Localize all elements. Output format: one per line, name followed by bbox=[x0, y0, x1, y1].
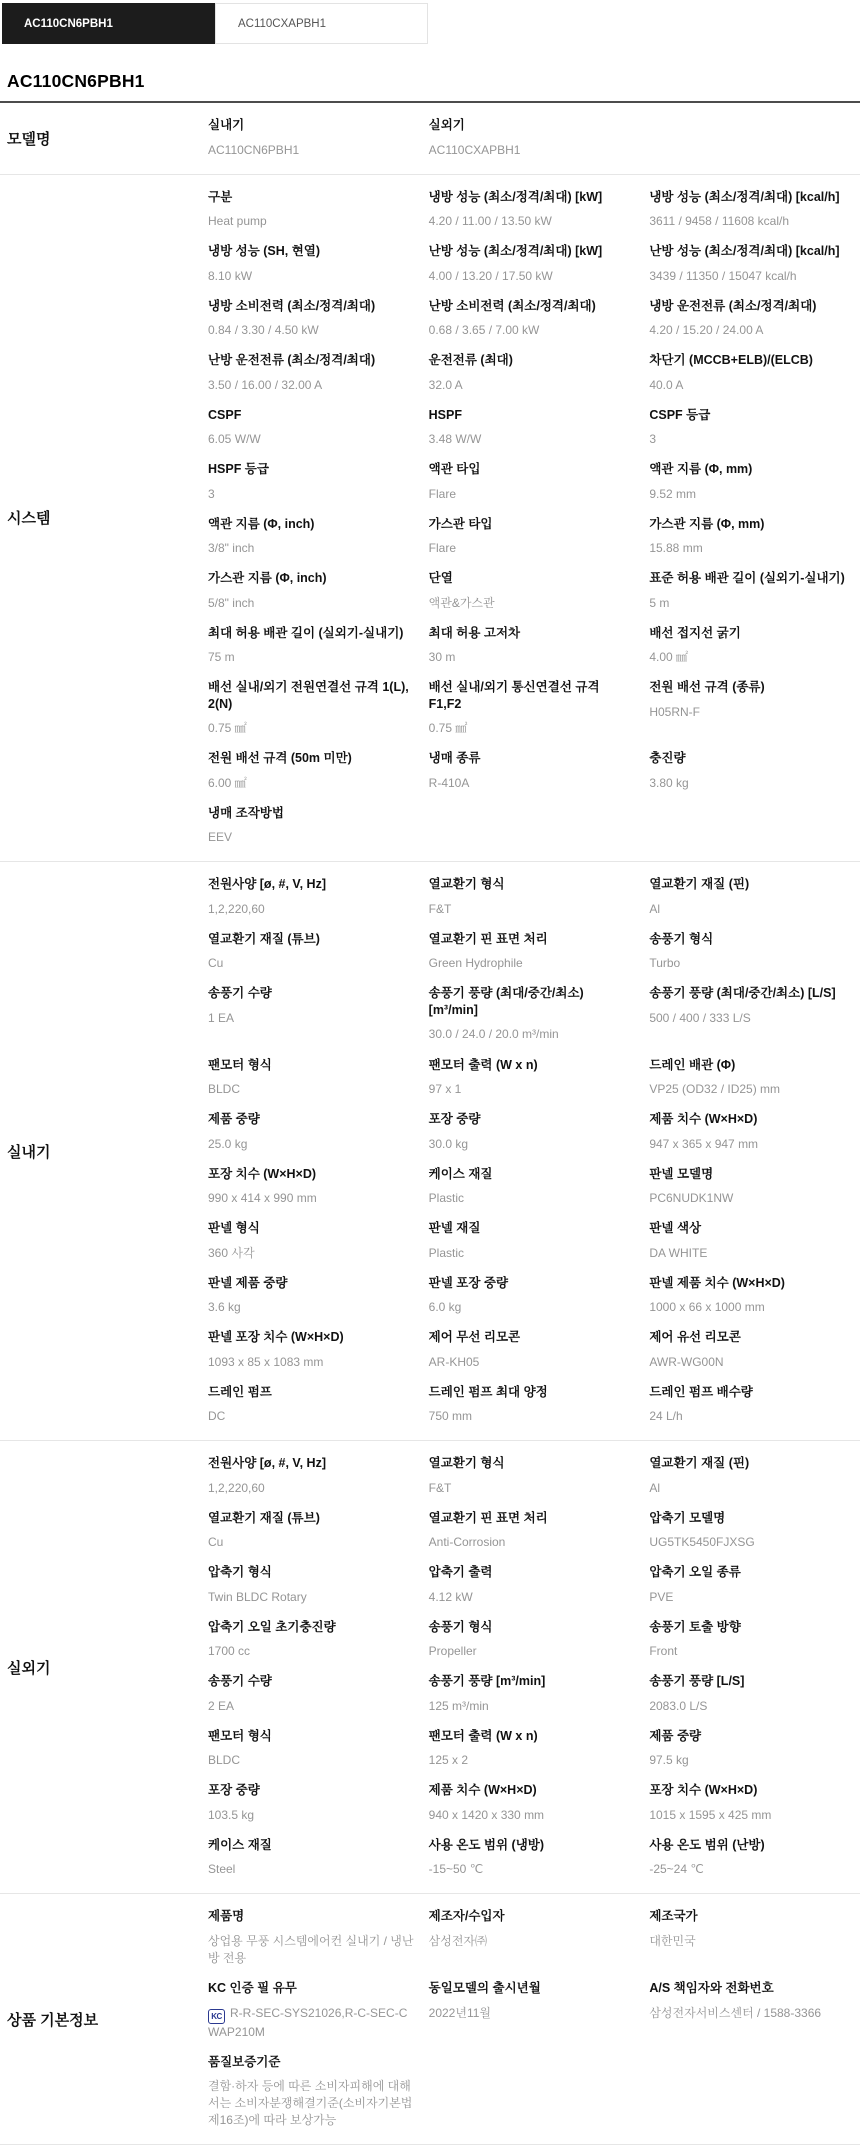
spec-page: AC110CN6PBH1 AC110CXAPBH1 AC110CN6PBH1 모… bbox=[0, 0, 860, 2145]
spec-item-value: 3439 / 11350 / 15047 kcal/h bbox=[649, 268, 856, 285]
spec-item: 팬모터 형식BLDC bbox=[208, 1728, 415, 1770]
spec-item-value: UG5TK5450FJXSG bbox=[649, 1534, 856, 1551]
spec-item-label: 동일모델의 출시년월 bbox=[429, 1980, 636, 1997]
spec-item: 판넬 제품 중량3.6 kg bbox=[208, 1275, 415, 1317]
spec-section: 모델명실내기AC110CN6PBH1실외기AC110CXAPBH1 bbox=[0, 103, 860, 175]
spec-item-value: 15.88 mm bbox=[649, 540, 856, 557]
spec-item: KC 인증 필 유무KCR-R-SEC-SYS21026,R-C-SEC-CWA… bbox=[208, 1980, 415, 2041]
spec-item-label: 압축기 오일 종류 bbox=[649, 1564, 856, 1581]
spec-item-label: 판넬 모델명 bbox=[649, 1166, 856, 1183]
spec-item: 송풍기 풍량 (최대/중간/최소) [L/S]500 / 400 / 333 L… bbox=[649, 985, 856, 1043]
spec-item: CSPF 등급3 bbox=[649, 407, 856, 449]
spec-item-value: 4.00 ㎟ bbox=[649, 649, 856, 666]
spec-item-value: 3.6 kg bbox=[208, 1299, 415, 1316]
spec-item: 구분Heat pump bbox=[208, 189, 415, 231]
spec-item-label: 냉매 종류 bbox=[429, 750, 636, 767]
spec-item-label: 가스관 지름 (Φ, inch) bbox=[208, 570, 415, 587]
spec-item: 열교환기 재질 (핀)Al bbox=[649, 1455, 856, 1497]
spec-item-label: 포장 치수 (W×H×D) bbox=[208, 1166, 415, 1183]
spec-item-label: 드레인 펌프 bbox=[208, 1384, 415, 1401]
spec-item: 냉매 조작방법EEV bbox=[208, 805, 415, 847]
spec-item: 냉방 운전전류 (최소/정격/최대)4.20 / 15.20 / 24.00 A bbox=[649, 298, 856, 340]
spec-item-value: 5/8" inch bbox=[208, 595, 415, 612]
spec-item-label: 판넬 포장 치수 (W×H×D) bbox=[208, 1329, 415, 1346]
spec-item: 전원사양 [ø, #, V, Hz]1,2,220,60 bbox=[208, 876, 415, 918]
spec-item-label: 팬모터 출력 (W x n) bbox=[429, 1057, 636, 1074]
spec-item: 가스관 지름 (Φ, inch)5/8" inch bbox=[208, 570, 415, 612]
spec-item-label: 제품 치수 (W×H×D) bbox=[429, 1782, 636, 1799]
spec-item: A/S 책임자와 전화번호삼성전자서비스센터 / 1588-3366 bbox=[649, 1980, 856, 2041]
spec-item-value: 6.00 ㎟ bbox=[208, 775, 415, 792]
spec-item-value: 삼성전자㈜ bbox=[429, 1933, 636, 1950]
spec-item-value: 990 x 414 x 990 mm bbox=[208, 1190, 415, 1207]
spec-item: 열교환기 형식F&T bbox=[429, 1455, 636, 1497]
spec-item-label: 열교환기 형식 bbox=[429, 1455, 636, 1472]
spec-item-value: 1015 x 1595 x 425 mm bbox=[649, 1807, 856, 1824]
spec-item: 충진량3.80 kg bbox=[649, 750, 856, 792]
spec-item: 액관 타입Flare bbox=[429, 461, 636, 503]
spec-item: 운전전류 (최대)32.0 A bbox=[429, 352, 636, 394]
spec-item: 동일모델의 출시년월2022년11월 bbox=[429, 1980, 636, 2041]
spec-item-label: 제어 유선 리모콘 bbox=[649, 1329, 856, 1346]
spec-item-value: Al bbox=[649, 1480, 856, 1497]
spec-item: 냉방 성능 (최소/정격/최대) [kW]4.20 / 11.00 / 13.5… bbox=[429, 189, 636, 231]
spec-item-value: 3 bbox=[649, 431, 856, 448]
spec-item: 전원사양 [ø, #, V, Hz]1,2,220,60 bbox=[208, 1455, 415, 1497]
spec-item: 송풍기 수량1 EA bbox=[208, 985, 415, 1043]
spec-item-value: BLDC bbox=[208, 1752, 415, 1769]
spec-item-label: 드레인 펌프 배수량 bbox=[649, 1384, 856, 1401]
spec-item-label: 냉방 성능 (최소/정격/최대) [kcal/h] bbox=[649, 189, 856, 206]
spec-item-label: 송풍기 형식 bbox=[649, 931, 856, 948]
spec-item-value: Twin BLDC Rotary bbox=[208, 1589, 415, 1606]
spec-item-value: 30.0 / 24.0 / 20.0 m³/min bbox=[429, 1026, 636, 1043]
spec-item: 가스관 지름 (Φ, mm)15.88 mm bbox=[649, 516, 856, 558]
spec-item-label: 송풍기 풍량 [L/S] bbox=[649, 1673, 856, 1690]
spec-item-label: 사용 온도 범위 (난방) bbox=[649, 1837, 856, 1854]
spec-item-label: 난방 운전전류 (최소/정격/최대) bbox=[208, 352, 415, 369]
spec-item-value: 8.10 kW bbox=[208, 268, 415, 285]
spec-item: 드레인 펌프 배수량24 L/h bbox=[649, 1384, 856, 1426]
spec-item-label: 제어 무선 리모콘 bbox=[429, 1329, 636, 1346]
spec-item-label: 난방 성능 (최소/정격/최대) [kcal/h] bbox=[649, 243, 856, 260]
spec-item: 사용 온도 범위 (난방)-25~24 ℃ bbox=[649, 1837, 856, 1879]
spec-item-label: 냉방 성능 (최소/정격/최대) [kW] bbox=[429, 189, 636, 206]
spec-item: 송풍기 풍량 [L/S]2083.0 L/S bbox=[649, 1673, 856, 1715]
spec-item-value: EEV bbox=[208, 829, 415, 846]
spec-item-value: 결함·하자 등에 따른 소비자피해에 대해서는 소비자분쟁해결기준(소비자기본법… bbox=[208, 2078, 415, 2129]
spec-item-label: 전원 배선 규격 (50m 미만) bbox=[208, 750, 415, 767]
spec-item-label: 액관 지름 (Φ, mm) bbox=[649, 461, 856, 478]
spec-item-label: 차단기 (MCCB+ELB)/(ELCB) bbox=[649, 352, 856, 369]
spec-item: 포장 중량30.0 kg bbox=[429, 1111, 636, 1153]
spec-item: 냉매 종류R-410A bbox=[429, 750, 636, 792]
spec-item-value: R-410A bbox=[429, 775, 636, 792]
spec-item-value: DC bbox=[208, 1408, 415, 1425]
spec-item-label: HSPF bbox=[429, 407, 636, 424]
spec-item: 배선 실내/외기 전원연결선 규격 1(L), 2(N)0.75 ㎟ bbox=[208, 679, 415, 737]
spec-item: 판넬 형식360 사각 bbox=[208, 1220, 415, 1262]
spec-item-label: 난방 성능 (최소/정격/최대) [kW] bbox=[429, 243, 636, 260]
spec-item: 제품 치수 (W×H×D)947 x 365 x 947 mm bbox=[649, 1111, 856, 1153]
spec-item: 열교환기 핀 표면 처리Anti-Corrosion bbox=[429, 1510, 636, 1552]
spec-item-label: 전원 배선 규격 (종류) bbox=[649, 679, 856, 696]
spec-item-value: Anti-Corrosion bbox=[429, 1534, 636, 1551]
spec-table: 모델명실내기AC110CN6PBH1실외기AC110CXAPBH1시스템구분He… bbox=[0, 103, 860, 2145]
spec-item-label: 드레인 펌프 최대 양정 bbox=[429, 1384, 636, 1401]
spec-item: 난방 성능 (최소/정격/최대) [kcal/h]3439 / 11350 / … bbox=[649, 243, 856, 285]
spec-item: 품질보증기준결함·하자 등에 따른 소비자피해에 대해서는 소비자분쟁해결기준(… bbox=[208, 2054, 415, 2130]
spec-item-value: 30 m bbox=[429, 649, 636, 666]
spec-item-label: 가스관 타입 bbox=[429, 516, 636, 533]
spec-item: 가스관 타입Flare bbox=[429, 516, 636, 558]
spec-item-label: 실외기 bbox=[429, 117, 636, 134]
spec-item-label: 제품명 bbox=[208, 1908, 415, 1925]
spec-item-value: 1 EA bbox=[208, 1010, 415, 1027]
spec-item-label: 제품 중량 bbox=[649, 1728, 856, 1745]
spec-item-value: 125 m³/min bbox=[429, 1698, 636, 1715]
spec-item: 팬모터 출력 (W x n)125 x 2 bbox=[429, 1728, 636, 1770]
spec-item-label: 팬모터 형식 bbox=[208, 1728, 415, 1745]
spec-item: 판넬 포장 치수 (W×H×D)1093 x 85 x 1083 mm bbox=[208, 1329, 415, 1371]
spec-item-label: 팬모터 형식 bbox=[208, 1057, 415, 1074]
spec-item-value: Heat pump bbox=[208, 213, 415, 230]
spec-item: 제어 무선 리모콘AR-KH05 bbox=[429, 1329, 636, 1371]
section-grid: 구분Heat pump냉방 성능 (최소/정격/최대) [kW]4.20 / 1… bbox=[208, 189, 860, 860]
spec-item-value: Front bbox=[649, 1643, 856, 1660]
spec-item-value: PC6NUDK1NW bbox=[649, 1190, 856, 1207]
spec-item-value: 103.5 kg bbox=[208, 1807, 415, 1824]
spec-item-value: KCR-R-SEC-SYS21026,R-C-SEC-CWAP210M bbox=[208, 2005, 415, 2041]
spec-item-label: 배선 실내/외기 전원연결선 규격 1(L), 2(N) bbox=[208, 679, 415, 712]
spec-item-label: 액관 타입 bbox=[429, 461, 636, 478]
spec-item: 액관 지름 (Φ, inch)3/8" inch bbox=[208, 516, 415, 558]
spec-item-value: 4.20 / 15.20 / 24.00 A bbox=[649, 322, 856, 339]
spec-item: 판넬 포장 중량6.0 kg bbox=[429, 1275, 636, 1317]
spec-item: 열교환기 재질 (튜브)Cu bbox=[208, 1510, 415, 1552]
spec-item-label: 전원사양 [ø, #, V, Hz] bbox=[208, 876, 415, 893]
spec-item-label: 송풍기 형식 bbox=[429, 1619, 636, 1636]
spec-section: 실내기전원사양 [ø, #, V, Hz]1,2,220,60열교환기 형식F&… bbox=[0, 862, 860, 1441]
spec-item-label: 운전전류 (최대) bbox=[429, 352, 636, 369]
spec-item: 최대 허용 고저차30 m bbox=[429, 625, 636, 667]
spec-item: 전원 배선 규격 (종류)H05RN-F bbox=[649, 679, 856, 737]
spec-item-label: 실내기 bbox=[208, 117, 415, 134]
spec-item-value: AC110CN6PBH1 bbox=[208, 142, 415, 159]
spec-item: 압축기 모델명UG5TK5450FJXSG bbox=[649, 1510, 856, 1552]
spec-item: 표준 허용 배관 길이 (실외기-실내기)5 m bbox=[649, 570, 856, 612]
spec-item-value: 2083.0 L/S bbox=[649, 1698, 856, 1715]
spec-item-value: 947 x 365 x 947 mm bbox=[649, 1136, 856, 1153]
spec-item-value: 3 bbox=[208, 486, 415, 503]
spec-item-value: 0.75 ㎟ bbox=[429, 720, 636, 737]
spec-item-value: 0.75 ㎟ bbox=[208, 720, 415, 737]
spec-item-label: 케이스 재질 bbox=[429, 1166, 636, 1183]
spec-item: 난방 소비전력 (최소/정격/최대)0.68 / 3.65 / 7.00 kW bbox=[429, 298, 636, 340]
spec-item: 열교환기 형식F&T bbox=[429, 876, 636, 918]
section-grid: 제품명상업용 무풍 시스템에어컨 실내기 / 냉난방 전용제조자/수입자삼성전자… bbox=[208, 1908, 860, 2142]
spec-item: HSPF 등급3 bbox=[208, 461, 415, 503]
spec-item-value: 3/8" inch bbox=[208, 540, 415, 557]
spec-item: 압축기 오일 종류PVE bbox=[649, 1564, 856, 1606]
spec-item: 송풍기 토출 방향Front bbox=[649, 1619, 856, 1661]
spec-item-label: 냉방 소비전력 (최소/정격/최대) bbox=[208, 298, 415, 315]
spec-item-value: 25.0 kg bbox=[208, 1136, 415, 1153]
spec-item: 배선 실내/외기 통신연결선 규격 F1,F20.75 ㎟ bbox=[429, 679, 636, 737]
spec-item: 포장 치수 (W×H×D)990 x 414 x 990 mm bbox=[208, 1166, 415, 1208]
spec-item: 드레인 배관 (Φ)VP25 (OD32 / ID25) mm bbox=[649, 1057, 856, 1099]
spec-item-value: 97.5 kg bbox=[649, 1752, 856, 1769]
spec-item-label: 단열 bbox=[429, 570, 636, 587]
spec-item-label: 판넬 형식 bbox=[208, 1220, 415, 1237]
spec-item-value: H05RN-F bbox=[649, 704, 856, 721]
spec-item: 액관 지름 (Φ, mm)9.52 mm bbox=[649, 461, 856, 503]
spec-item-label: HSPF 등급 bbox=[208, 461, 415, 478]
spec-item-label: 열교환기 재질 (핀) bbox=[649, 1455, 856, 1472]
spec-item-label: 배선 접지선 굵기 bbox=[649, 625, 856, 642]
spec-item-value: PVE bbox=[649, 1589, 856, 1606]
spec-item: 열교환기 핀 표면 처리Green Hydrophile bbox=[429, 931, 636, 973]
spec-item: 냉방 성능 (최소/정격/최대) [kcal/h]3611 / 9458 / 1… bbox=[649, 189, 856, 231]
spec-item: 제품 치수 (W×H×D)940 x 1420 x 330 mm bbox=[429, 1782, 636, 1824]
spec-item-label: 표준 허용 배관 길이 (실외기-실내기) bbox=[649, 570, 856, 587]
model-tab-bar: AC110CN6PBH1 AC110CXAPBH1 bbox=[0, 0, 860, 44]
spec-item: 압축기 출력4.12 kW bbox=[429, 1564, 636, 1606]
spec-item-label: 송풍기 수량 bbox=[208, 985, 415, 1002]
spec-item-label: 압축기 형식 bbox=[208, 1564, 415, 1581]
spec-item-value: 대한민국 bbox=[649, 1933, 856, 1950]
spec-item-value: 40.0 A bbox=[649, 377, 856, 394]
spec-item-label: 열교환기 핀 표면 처리 bbox=[429, 1510, 636, 1527]
spec-item-label: 포장 치수 (W×H×D) bbox=[649, 1782, 856, 1799]
spec-item-label: 제품 중량 bbox=[208, 1111, 415, 1128]
spec-item: 차단기 (MCCB+ELB)/(ELCB)40.0 A bbox=[649, 352, 856, 394]
spec-item-label: 포장 중량 bbox=[429, 1111, 636, 1128]
spec-item-value: 97 x 1 bbox=[429, 1081, 636, 1098]
spec-item-value: Flare bbox=[429, 540, 636, 557]
spec-item-value: 3.48 W/W bbox=[429, 431, 636, 448]
spec-item-value: Plastic bbox=[429, 1190, 636, 1207]
spec-item-value: 5 m bbox=[649, 595, 856, 612]
spec-item-label: 냉매 조작방법 bbox=[208, 805, 415, 822]
spec-item-value: Cu bbox=[208, 1534, 415, 1551]
spec-item-label: 판넬 제품 치수 (W×H×D) bbox=[649, 1275, 856, 1292]
spec-item: 포장 중량103.5 kg bbox=[208, 1782, 415, 1824]
section-title: 상품 기본정보 bbox=[0, 1908, 208, 2142]
spec-item-label: 제조국가 bbox=[649, 1908, 856, 1925]
spec-item-value: 삼성전자서비스센터 / 1588-3366 bbox=[649, 2005, 856, 2022]
spec-item-label: 송풍기 풍량 (최대/중간/최소) [m³/min] bbox=[429, 985, 636, 1018]
spec-item-label: 전원사양 [ø, #, V, Hz] bbox=[208, 1455, 415, 1472]
spec-item: 제품 중량25.0 kg bbox=[208, 1111, 415, 1153]
spec-item: 난방 운전전류 (최소/정격/최대)3.50 / 16.00 / 32.00 A bbox=[208, 352, 415, 394]
spec-item: 팬모터 출력 (W x n)97 x 1 bbox=[429, 1057, 636, 1099]
spec-item-value: 1093 x 85 x 1083 mm bbox=[208, 1354, 415, 1371]
spec-item-value: -25~24 ℃ bbox=[649, 1861, 856, 1878]
section-title: 모델명 bbox=[0, 117, 208, 172]
spec-item-label: 최대 허용 배관 길이 (실외기-실내기) bbox=[208, 625, 415, 642]
spec-item-label: 압축기 오일 초기충진량 bbox=[208, 1619, 415, 1636]
spec-item-label: 송풍기 풍량 (최대/중간/최소) [L/S] bbox=[649, 985, 856, 1002]
section-grid: 전원사양 [ø, #, V, Hz]1,2,220,60열교환기 형식F&T열교… bbox=[208, 1455, 860, 1891]
spec-item-value: F&T bbox=[429, 901, 636, 918]
spec-item: 제품 중량97.5 kg bbox=[649, 1728, 856, 1770]
spec-item: 제조자/수입자삼성전자㈜ bbox=[429, 1908, 636, 1967]
spec-item-label: 품질보증기준 bbox=[208, 2054, 415, 2071]
spec-item-value: 상업용 무풍 시스템에어컨 실내기 / 냉난방 전용 bbox=[208, 1933, 415, 1967]
spec-item-value: Steel bbox=[208, 1861, 415, 1878]
spec-item-label: 판넬 재질 bbox=[429, 1220, 636, 1237]
spec-item-value: 1,2,220,60 bbox=[208, 901, 415, 918]
spec-item: 압축기 오일 초기충진량1700 cc bbox=[208, 1619, 415, 1661]
spec-item-value: VP25 (OD32 / ID25) mm bbox=[649, 1081, 856, 1098]
spec-item-label: 포장 중량 bbox=[208, 1782, 415, 1799]
spec-item: 케이스 재질Steel bbox=[208, 1837, 415, 1879]
spec-item: 케이스 재질Plastic bbox=[429, 1166, 636, 1208]
spec-item-label: 구분 bbox=[208, 189, 415, 206]
spec-item-value: Cu bbox=[208, 955, 415, 972]
spec-item: 최대 허용 배관 길이 (실외기-실내기)75 m bbox=[208, 625, 415, 667]
spec-section: 실외기전원사양 [ø, #, V, Hz]1,2,220,60열교환기 형식F&… bbox=[0, 1441, 860, 1894]
spec-item: 포장 치수 (W×H×D)1015 x 1595 x 425 mm bbox=[649, 1782, 856, 1824]
spec-section: 상품 기본정보제품명상업용 무풍 시스템에어컨 실내기 / 냉난방 전용제조자/… bbox=[0, 1894, 860, 2145]
spec-item-label: 제품 치수 (W×H×D) bbox=[649, 1111, 856, 1128]
spec-item-value: 0.68 / 3.65 / 7.00 kW bbox=[429, 322, 636, 339]
spec-item-label: 가스관 지름 (Φ, mm) bbox=[649, 516, 856, 533]
spec-item: 송풍기 풍량 (최대/중간/최소) [m³/min]30.0 / 24.0 / … bbox=[429, 985, 636, 1043]
tab-model-ac110cxapbh1[interactable]: AC110CXAPBH1 bbox=[215, 3, 428, 44]
spec-item: 배선 접지선 굵기4.00 ㎟ bbox=[649, 625, 856, 667]
spec-item-label: 판넬 제품 중량 bbox=[208, 1275, 415, 1292]
spec-item-label: A/S 책임자와 전화번호 bbox=[649, 1980, 856, 1997]
spec-item-value: Al bbox=[649, 901, 856, 918]
spec-item-label: 충진량 bbox=[649, 750, 856, 767]
spec-item-value: 4.20 / 11.00 / 13.50 kW bbox=[429, 213, 636, 230]
tab-model-ac110cn6pbh1[interactable]: AC110CN6PBH1 bbox=[2, 3, 215, 44]
spec-item-value: 32.0 A bbox=[429, 377, 636, 394]
spec-item-label: 판넬 포장 중량 bbox=[429, 1275, 636, 1292]
spec-item-value: 9.52 mm bbox=[649, 486, 856, 503]
spec-item-label: 제조자/수입자 bbox=[429, 1908, 636, 1925]
spec-item-value: DA WHITE bbox=[649, 1245, 856, 1262]
spec-item-label: 최대 허용 고저차 bbox=[429, 625, 636, 642]
spec-item-label: 열교환기 형식 bbox=[429, 876, 636, 893]
spec-item-value: Propeller bbox=[429, 1643, 636, 1660]
spec-item: 사용 온도 범위 (냉방)-15~50 ℃ bbox=[429, 1837, 636, 1879]
page-title: AC110CN6PBH1 bbox=[7, 71, 860, 92]
spec-item: 송풍기 풍량 [m³/min]125 m³/min bbox=[429, 1673, 636, 1715]
spec-item-label: KC 인증 필 유무 bbox=[208, 1980, 415, 1997]
section-title: 실내기 bbox=[0, 876, 208, 1438]
spec-item: 실내기AC110CN6PBH1 bbox=[208, 117, 415, 159]
spec-item-value: 750 mm bbox=[429, 1408, 636, 1425]
spec-item-label: 배선 실내/외기 통신연결선 규격 F1,F2 bbox=[429, 679, 636, 712]
spec-item: 판넬 재질Plastic bbox=[429, 1220, 636, 1262]
spec-item-value: 6.05 W/W bbox=[208, 431, 415, 448]
spec-item: 실외기AC110CXAPBH1 bbox=[429, 117, 636, 159]
spec-item-value: 1700 cc bbox=[208, 1643, 415, 1660]
spec-item: 팬모터 형식BLDC bbox=[208, 1057, 415, 1099]
section-title: 실외기 bbox=[0, 1455, 208, 1891]
spec-item-label: 열교환기 재질 (튜브) bbox=[208, 931, 415, 948]
spec-item: 전원 배선 규격 (50m 미만)6.00 ㎟ bbox=[208, 750, 415, 792]
spec-item-value: 3611 / 9458 / 11608 kcal/h bbox=[649, 213, 856, 230]
section-grid: 실내기AC110CN6PBH1실외기AC110CXAPBH1 bbox=[208, 117, 860, 172]
spec-item-value: 4.00 / 13.20 / 17.50 kW bbox=[429, 268, 636, 285]
spec-item-label: 열교환기 핀 표면 처리 bbox=[429, 931, 636, 948]
spec-item: 송풍기 형식Turbo bbox=[649, 931, 856, 973]
spec-item-value: BLDC bbox=[208, 1081, 415, 1098]
spec-item: 제어 유선 리모콘AWR-WG00N bbox=[649, 1329, 856, 1371]
spec-item-value: -15~50 ℃ bbox=[429, 1861, 636, 1878]
spec-item-value: 3.80 kg bbox=[649, 775, 856, 792]
spec-item-label: CSPF 등급 bbox=[649, 407, 856, 424]
spec-item-label: 판넬 색상 bbox=[649, 1220, 856, 1237]
spec-item-label: 송풍기 풍량 [m³/min] bbox=[429, 1673, 636, 1690]
spec-item-value: 1,2,220,60 bbox=[208, 1480, 415, 1497]
spec-item-label: 열교환기 재질 (핀) bbox=[649, 876, 856, 893]
spec-item-value: 1000 x 66 x 1000 mm bbox=[649, 1299, 856, 1316]
spec-item: 제품명상업용 무풍 시스템에어컨 실내기 / 냉난방 전용 bbox=[208, 1908, 415, 1967]
kc-certification-icon: KC bbox=[208, 2009, 225, 2024]
spec-item-label: 사용 온도 범위 (냉방) bbox=[429, 1837, 636, 1854]
spec-item: CSPF6.05 W/W bbox=[208, 407, 415, 449]
spec-item-label: 냉방 성능 (SH, 현열) bbox=[208, 243, 415, 260]
spec-item: 판넬 제품 치수 (W×H×D)1000 x 66 x 1000 mm bbox=[649, 1275, 856, 1317]
spec-item: 열교환기 재질 (튜브)Cu bbox=[208, 931, 415, 973]
spec-item-value: 75 m bbox=[208, 649, 415, 666]
spec-item-label: 냉방 운전전류 (최소/정격/최대) bbox=[649, 298, 856, 315]
spec-item: 압축기 형식Twin BLDC Rotary bbox=[208, 1564, 415, 1606]
spec-item-value: 500 / 400 / 333 L/S bbox=[649, 1010, 856, 1027]
spec-item-label: 팬모터 출력 (W x n) bbox=[429, 1728, 636, 1745]
spec-item-label: 드레인 배관 (Φ) bbox=[649, 1057, 856, 1074]
spec-item: 단열액관&가스관 bbox=[429, 570, 636, 612]
spec-item: 냉방 성능 (SH, 현열)8.10 kW bbox=[208, 243, 415, 285]
spec-item-value: AC110CXAPBH1 bbox=[429, 142, 636, 159]
spec-section: 시스템구분Heat pump냉방 성능 (최소/정격/최대) [kW]4.20 … bbox=[0, 175, 860, 863]
spec-item-value: 4.12 kW bbox=[429, 1589, 636, 1606]
section-grid: 전원사양 [ø, #, V, Hz]1,2,220,60열교환기 형식F&T열교… bbox=[208, 876, 860, 1438]
spec-item-label: 액관 지름 (Φ, inch) bbox=[208, 516, 415, 533]
spec-item-value: 2022년11월 bbox=[429, 2005, 636, 2022]
spec-item-value: 940 x 1420 x 330 mm bbox=[429, 1807, 636, 1824]
spec-item-label: 송풍기 수량 bbox=[208, 1673, 415, 1690]
spec-item-value: AR-KH05 bbox=[429, 1354, 636, 1371]
spec-item: 냉방 소비전력 (최소/정격/최대)0.84 / 3.30 / 4.50 kW bbox=[208, 298, 415, 340]
spec-item: 드레인 펌프 최대 양정750 mm bbox=[429, 1384, 636, 1426]
spec-item-value: 125 x 2 bbox=[429, 1752, 636, 1769]
spec-item-label: CSPF bbox=[208, 407, 415, 424]
spec-item: HSPF3.48 W/W bbox=[429, 407, 636, 449]
spec-item: 판넬 색상DA WHITE bbox=[649, 1220, 856, 1262]
spec-item-value: Green Hydrophile bbox=[429, 955, 636, 972]
spec-item: 제조국가대한민국 bbox=[649, 1908, 856, 1967]
spec-item-value: 6.0 kg bbox=[429, 1299, 636, 1316]
spec-item-label: 난방 소비전력 (최소/정격/최대) bbox=[429, 298, 636, 315]
spec-item: 판넬 모델명PC6NUDK1NW bbox=[649, 1166, 856, 1208]
spec-item-value: F&T bbox=[429, 1480, 636, 1497]
spec-item: 드레인 펌프DC bbox=[208, 1384, 415, 1426]
spec-item-value: Turbo bbox=[649, 955, 856, 972]
spec-item-value: Plastic bbox=[429, 1245, 636, 1262]
section-title: 시스템 bbox=[0, 189, 208, 860]
spec-item: 난방 성능 (최소/정격/최대) [kW]4.00 / 13.20 / 17.5… bbox=[429, 243, 636, 285]
spec-item-label: 케이스 재질 bbox=[208, 1837, 415, 1854]
spec-item-value: 액관&가스관 bbox=[429, 595, 636, 612]
spec-item: 열교환기 재질 (핀)Al bbox=[649, 876, 856, 918]
spec-item-value: 2 EA bbox=[208, 1698, 415, 1715]
